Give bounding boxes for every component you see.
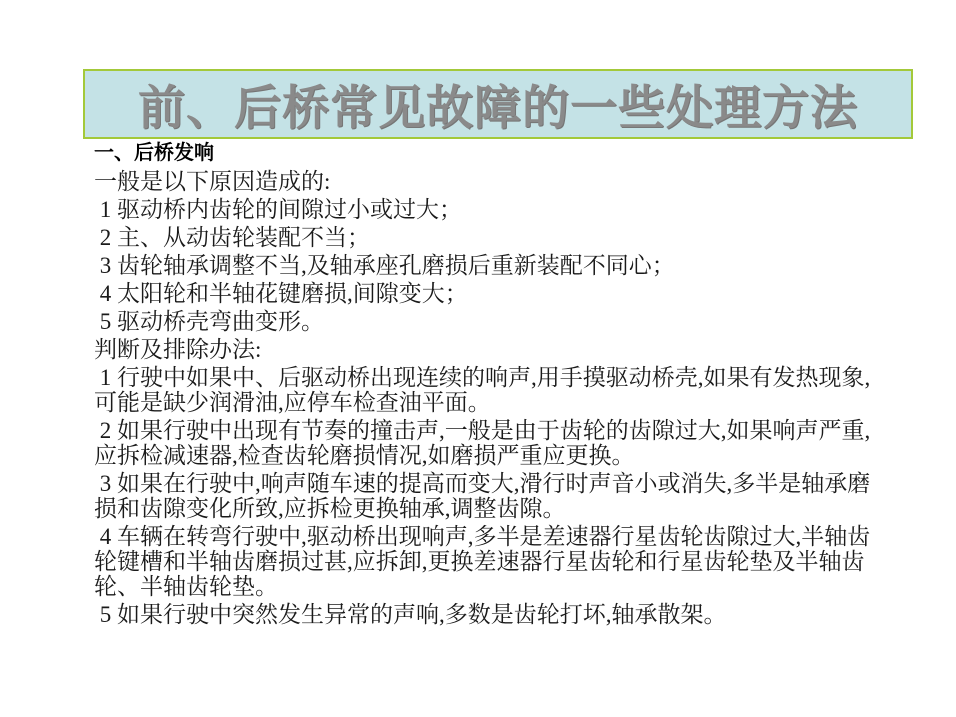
paragraph: 5 如果行驶中突然发生异常的声响,多数是齿轮打坏,轴承散架。 — [94, 602, 940, 627]
body-line: 5 驱动桥壳弯曲变形。 — [94, 309, 940, 334]
body-line: 可能是缺少润滑油,应停车检查油平面。 — [94, 390, 940, 415]
body-line: 应拆检减速器,检查齿轮磨损情况,如磨损严重应更换。 — [94, 443, 940, 468]
body-line: 2 如果行驶中出现有节奏的撞击声,一般是由于齿轮的齿隙过大,如果响声严重, — [94, 418, 940, 443]
body-line: 判断及排除办法: — [94, 337, 940, 362]
slide-body-paragraphs: 一般是以下原因造成的: 1 驱动桥内齿轮的间隙过小或过大； 2 主、从动齿轮装配… — [94, 169, 940, 627]
body-line: 损和齿隙变化所致,应拆检更换轴承,调整齿隙。 — [94, 496, 940, 521]
section-heading: 一、后桥发响 — [94, 142, 940, 165]
body-line: 1 行驶中如果中、后驱动桥出现连续的响声,用手摸驱动桥壳,如果有发热现象, — [94, 365, 940, 390]
body-line: 轮键槽和半轴齿磨损过甚,应拆卸,更换差速器行星齿轮和行星齿轮垫及半轴齿 — [94, 549, 940, 574]
body-line: 4 车辆在转弯行驶中,驱动桥出现响声,多半是差速器行星齿轮齿隙过大,半轴齿 — [94, 524, 940, 549]
body-line: 3 齿轮轴承调整不当,及轴承座孔磨损后重新装配不同心； — [94, 253, 940, 278]
paragraph: 2 主、从动齿轮装配不当； — [94, 225, 940, 250]
paragraph: 2 如果行驶中出现有节奏的撞击声,一般是由于齿轮的齿隙过大,如果响声严重,应拆检… — [94, 418, 940, 468]
slide-body: 一、后桥发响 一般是以下原因造成的: 1 驱动桥内齿轮的间隙过小或过大； 2 主… — [94, 142, 940, 630]
body-line: 1 驱动桥内齿轮的间隙过小或过大； — [94, 197, 940, 222]
body-line: 轮、半轴齿轮垫。 — [94, 574, 940, 599]
paragraph: 5 驱动桥壳弯曲变形。 — [94, 309, 940, 334]
title-banner: 前、后桥常见故障的一些处理方法 — [83, 69, 913, 139]
paragraph: 1 驱动桥内齿轮的间隙过小或过大； — [94, 197, 940, 222]
paragraph: 4 车辆在转弯行驶中,驱动桥出现响声,多半是差速器行星齿轮齿隙过大,半轴齿轮键槽… — [94, 524, 940, 599]
paragraph: 一般是以下原因造成的: — [94, 169, 940, 194]
body-line: 一般是以下原因造成的: — [94, 169, 940, 194]
paragraph: 4 太阳轮和半轴花键磨损,间隙变大； — [94, 281, 940, 306]
slide-title: 前、后桥常见故障的一些处理方法 — [138, 71, 858, 138]
body-line: 2 主、从动齿轮装配不当； — [94, 225, 940, 250]
paragraph: 3 如果在行驶中,响声随车速的提高而变大,滑行时声音小或消失,多半是轴承磨损和齿… — [94, 471, 940, 521]
paragraph: 判断及排除办法: — [94, 337, 940, 362]
body-line: 4 太阳轮和半轴花键磨损,间隙变大； — [94, 281, 940, 306]
paragraph: 1 行驶中如果中、后驱动桥出现连续的响声,用手摸驱动桥壳,如果有发热现象,可能是… — [94, 365, 940, 415]
body-line: 5 如果行驶中突然发生异常的声响,多数是齿轮打坏,轴承散架。 — [94, 602, 940, 627]
slide: 前、后桥常见故障的一些处理方法 一、后桥发响 一般是以下原因造成的: 1 驱动桥… — [0, 0, 956, 717]
body-line: 3 如果在行驶中,响声随车速的提高而变大,滑行时声音小或消失,多半是轴承磨 — [94, 471, 940, 496]
paragraph: 3 齿轮轴承调整不当,及轴承座孔磨损后重新装配不同心； — [94, 253, 940, 278]
